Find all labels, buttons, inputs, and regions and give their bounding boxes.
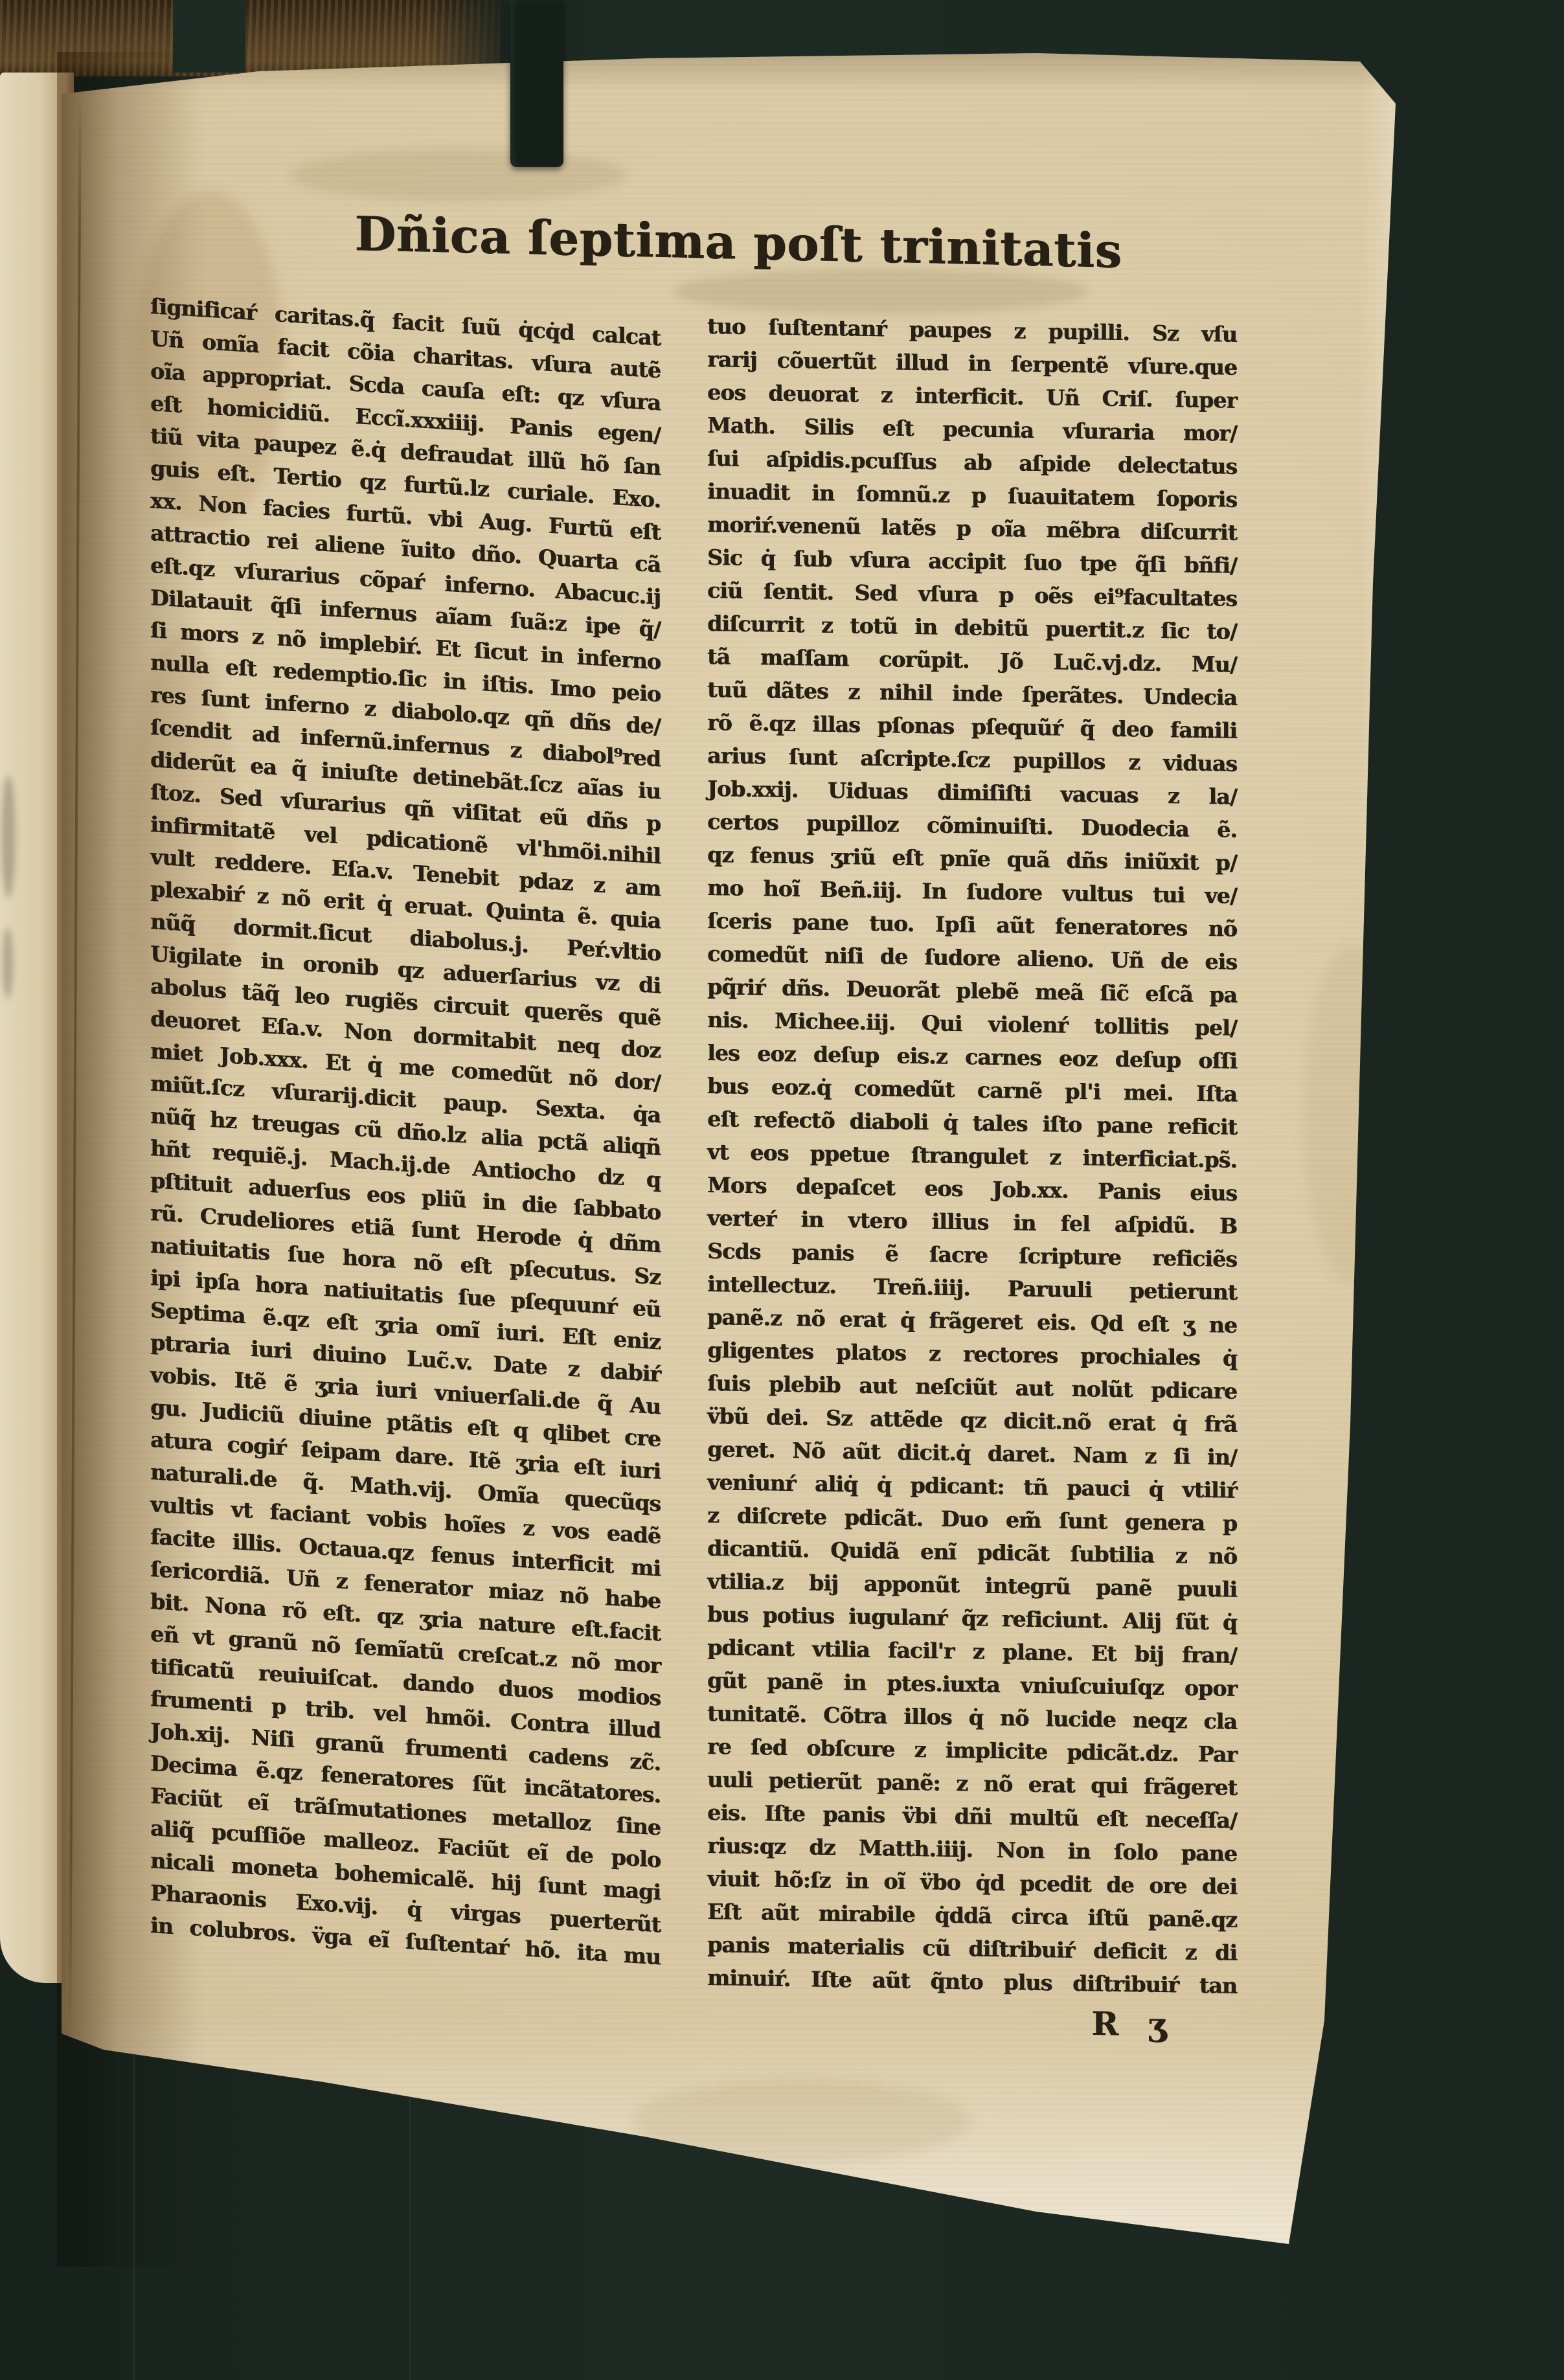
show-through-mark — [3, 927, 13, 999]
paper-stain — [1304, 946, 1401, 1282]
backdrop-streak — [409, 2059, 411, 2380]
backdrop-streak — [133, 2008, 135, 2380]
book-head-edge — [0, 0, 500, 76]
show-through-mark — [1, 775, 16, 898]
head-edge-gap — [173, 0, 245, 73]
paper-stain — [633, 2079, 970, 2163]
book-strap — [510, 0, 563, 167]
text-column-right: tuo ſuſtentanŕ paupes z pupilli. Sz vſur… — [707, 310, 1237, 2002]
paper-stain — [290, 149, 627, 201]
quire-signature-mark: R ʒ — [1049, 2004, 1218, 2045]
photo-backdrop: Dñica ſeptima poſt trinitatis ſignificaŕ… — [0, 0, 1564, 2380]
text-column-left: ſignificaŕ caritas.q̃ facit ſuũ q̇cq̇d c… — [150, 290, 661, 1974]
